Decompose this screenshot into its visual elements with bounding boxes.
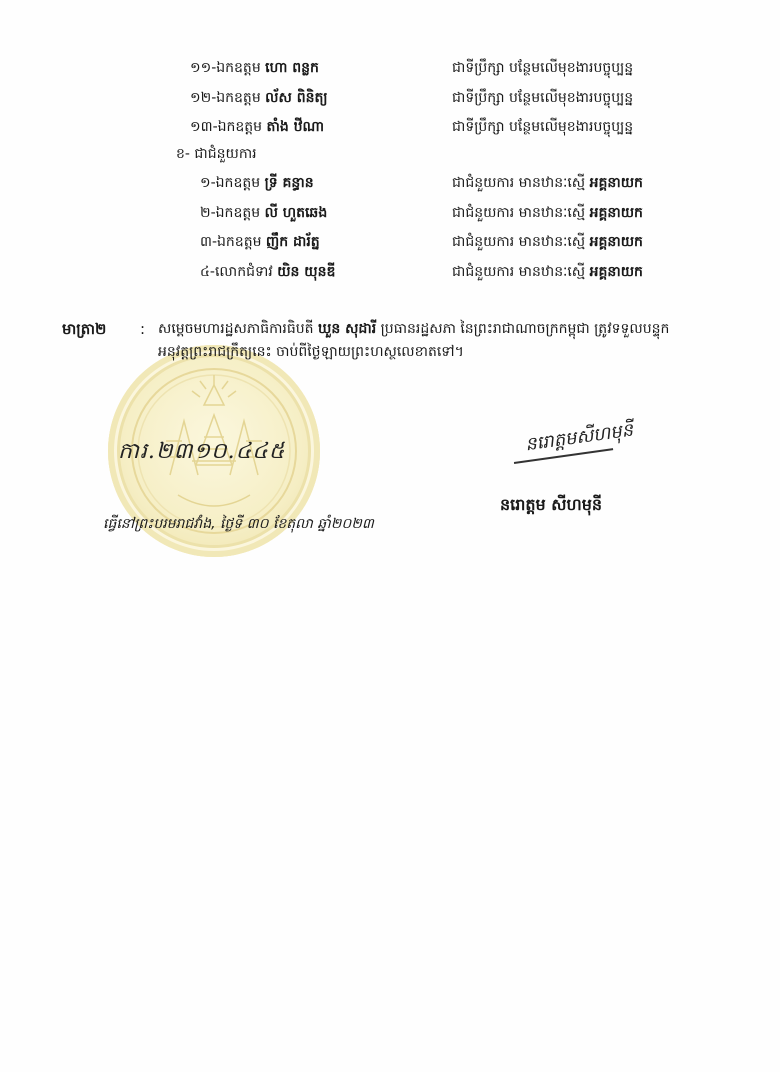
advisor-item-11: ១១-ឯកឧត្តម ហោ ពន្លក bbox=[190, 59, 319, 77]
assistant-role-1: ជាជំនួយការ មានឋានៈស្មើ អគ្គនាយក bbox=[452, 174, 643, 192]
item-name: តាំង ឋីណា bbox=[267, 119, 325, 135]
advisor-role-11: ជាទីប្រឹក្សា បន្ថែមលើមុខងារបច្ចុប្បន្ន bbox=[452, 59, 633, 77]
rank-text: អគ្គនាយក bbox=[590, 205, 643, 221]
rank-text: អគ្គនាយក bbox=[590, 264, 643, 280]
item-number: ១ bbox=[200, 175, 211, 191]
item-title: លោកជំទាវ bbox=[215, 264, 273, 280]
item-title: ឯកឧត្តម bbox=[216, 60, 260, 76]
role-text: ជាជំនួយការ មានឋានៈស្មើ bbox=[452, 205, 585, 221]
assistant-role-2: ជាជំនួយការ មានឋានៈស្មើ អគ្គនាយក bbox=[452, 204, 643, 222]
role-text: ជាជំនួយការ មានឋានៈស្មើ bbox=[452, 264, 585, 280]
role-text: ជាជំនួយការ មានឋានៈស្មើ bbox=[452, 175, 585, 191]
assistant-item-1: ១-ឯកឧត្តម ទ្រី គន្ធាន bbox=[200, 174, 314, 192]
article-text-line1: សម្ដេចមហារដ្ឋសភាធិការធិបតី ឃួន សុដារី ប្… bbox=[158, 320, 669, 338]
rank-text: អគ្គនាយក bbox=[590, 175, 643, 191]
item-number: ១៣ bbox=[190, 119, 213, 135]
place-and-date: ធ្វើនៅព្រះបរមរាជវាំង, ថ្ងៃទី ៣០ ខែតុលា ឆ… bbox=[103, 514, 374, 535]
role-text: ជាជំនួយការ មានឋានៈស្មើ bbox=[452, 234, 585, 250]
assistant-item-3: ៣-ឯកឧត្តម ញឹក ដារ័ត្ន bbox=[200, 233, 320, 251]
item-title: ឯកឧត្តម bbox=[216, 205, 260, 221]
assistants-heading: ខ- ជាជំនួយការ bbox=[176, 145, 257, 163]
item-number: ១២ bbox=[190, 90, 211, 106]
advisor-item-13: ១៣-ឯកឧត្តម តាំង ឋីណា bbox=[190, 118, 324, 136]
item-name: យិន យុនឌី bbox=[277, 264, 335, 280]
item-title: ឯកឧត្តម bbox=[216, 175, 260, 191]
advisor-role-13: ជាទីប្រឹក្សា បន្ថែមលើមុខងារបច្ចុប្បន្ន bbox=[452, 118, 633, 136]
article-label: មាត្រា២ bbox=[62, 320, 106, 342]
item-number: ២ bbox=[200, 205, 211, 221]
document-page: ១១-ឯកឧត្តម ហោ ពន្លក ជាទីប្រឹក្សា បន្ថែមល… bbox=[0, 0, 780, 1072]
item-name: ហោ ពន្លក bbox=[265, 60, 319, 76]
advisor-role-12: ជាទីប្រឹក្សា បន្ថែមលើមុខងារបច្ចុប្បន្ន bbox=[452, 89, 633, 107]
rank-text: អគ្គនាយក bbox=[590, 234, 643, 250]
assistant-item-2: ២-ឯកឧត្តម លី ហួតឆេង bbox=[200, 204, 327, 222]
article-text-line2: អនុវត្តព្រះរាជក្រឹត្យនេះ ចាប់ពីថ្ងៃឡាយព្… bbox=[158, 343, 464, 361]
signatory-name: នរោត្តម សីហមុនី bbox=[500, 494, 602, 518]
item-name: ល័ស ពិនិត្យ bbox=[265, 90, 327, 106]
article-suffix: ប្រធានរដ្ឋសភា នៃព្រះរាជាណាចក្រកម្ពុជា ត្… bbox=[381, 321, 670, 337]
seal-reference-number: ការ.២៣១០.៤៤៥ bbox=[118, 437, 285, 469]
assistant-role-3: ជាជំនួយការ មានឋានៈស្មើ អគ្គនាយក bbox=[452, 233, 643, 251]
advisor-item-12: ១២-ឯកឧត្តម ល័ស ពិនិត្យ bbox=[190, 89, 328, 107]
item-number: ៣ bbox=[200, 234, 212, 250]
item-number: ៤ bbox=[200, 264, 210, 280]
item-name: ទ្រី គន្ធាន bbox=[265, 175, 314, 191]
item-name: លី ហួតឆេង bbox=[265, 205, 328, 221]
article-prefix: សម្ដេចមហារដ្ឋសភាធិការធិបតី bbox=[158, 321, 314, 337]
item-title: ឯកឧត្តម bbox=[217, 234, 261, 250]
item-number: ១១ bbox=[190, 60, 211, 76]
item-title: ឯកឧត្តម bbox=[216, 90, 260, 106]
assistant-item-4: ៤-លោកជំទាវ យិន យុនឌី bbox=[200, 263, 335, 281]
assistant-role-4: ជាជំនួយការ មានឋានៈស្មើ អគ្គនាយក bbox=[452, 263, 643, 281]
article-colon: : bbox=[140, 320, 145, 338]
article-name: ឃួន សុដារី bbox=[318, 321, 376, 337]
item-title: ឯកឧត្តម bbox=[218, 119, 262, 135]
item-name: ញឹក ដារ័ត្ន bbox=[266, 234, 320, 250]
